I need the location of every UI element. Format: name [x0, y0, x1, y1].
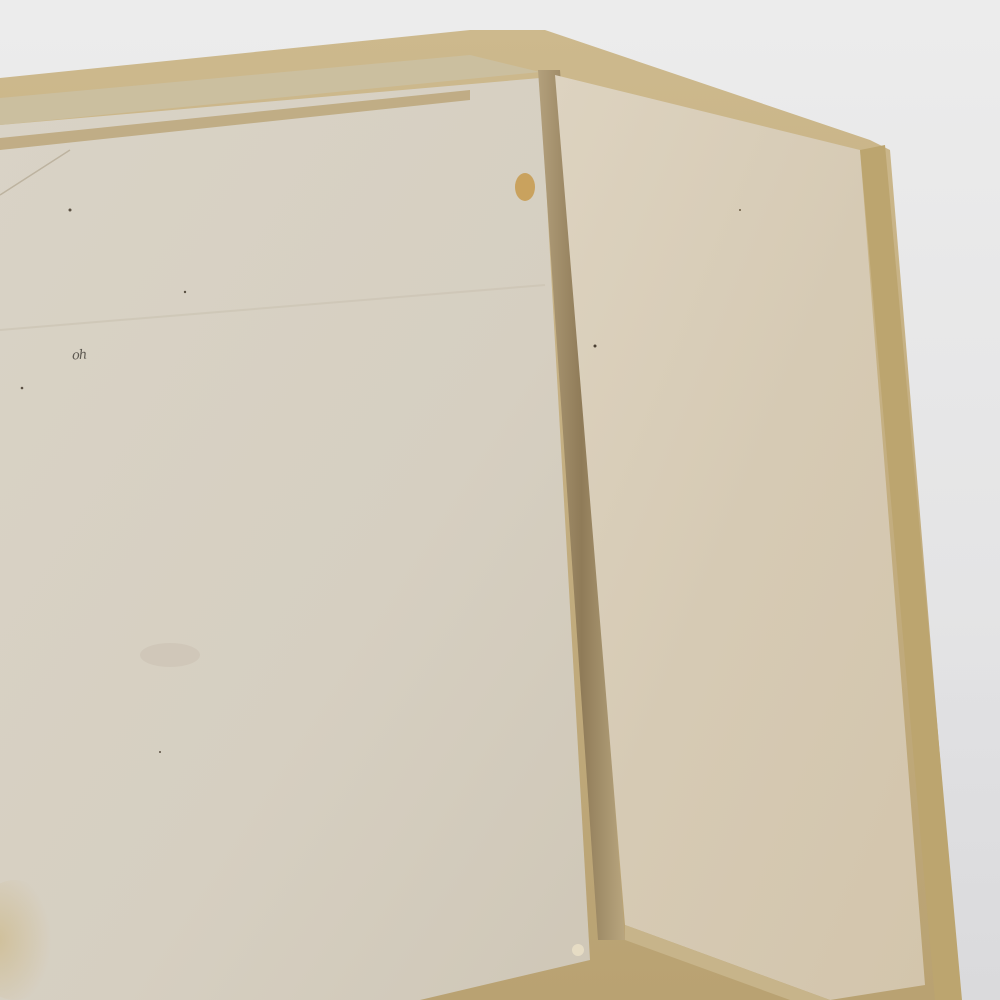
headband-bead	[572, 944, 584, 956]
stain-top	[515, 173, 535, 201]
handwritten-mark: oh	[71, 348, 86, 364]
left-endpaper	[0, 78, 590, 1000]
open-book	[0, 0, 1000, 1000]
photo-scene: oh	[0, 0, 1000, 1000]
